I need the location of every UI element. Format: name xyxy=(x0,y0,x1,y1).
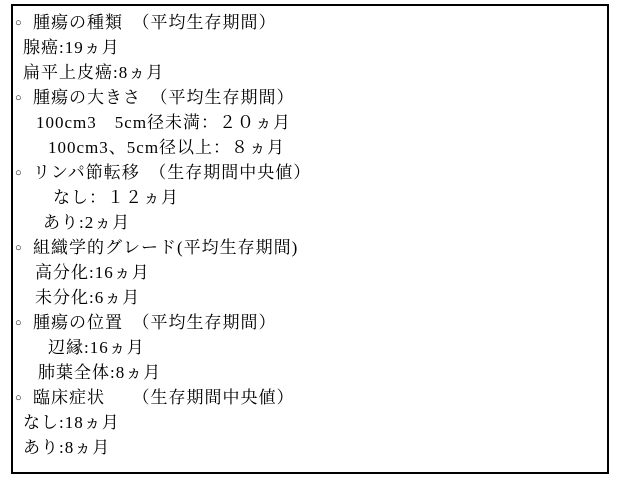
data-item-line: 扁平上皮癌:8ヵ月 xyxy=(13,60,607,85)
data-item-line: なし：１２ヵ月 xyxy=(13,185,607,210)
data-item-line: あり:8ヵ月 xyxy=(13,435,607,460)
section-title: 腫瘍の大きさ （平均生存期間） xyxy=(33,88,295,107)
item-text: 100cm3 5cm径未満：２０ヵ月 xyxy=(36,113,291,132)
data-item-line: 腺癌:19ヵ月 xyxy=(13,35,607,60)
data-item-line: 高分化:16ヵ月 xyxy=(13,260,607,285)
section-header-line: ○腫瘍の大きさ （平均生存期間） xyxy=(13,85,607,110)
item-text: 辺縁:16ヵ月 xyxy=(48,338,145,357)
data-item-line: 未分化:6ヵ月 xyxy=(13,285,607,310)
data-item-line: 100cm3、5cm径以上：８ヵ月 xyxy=(13,135,607,160)
item-text: 未分化:6ヵ月 xyxy=(35,288,140,307)
section-title: 腫瘍の位置 （平均生存期間） xyxy=(33,313,277,332)
item-text: 肺葉全体:8ヵ月 xyxy=(38,363,161,382)
data-item-line: あり:2ヵ月 xyxy=(13,210,607,235)
section-title: 組織学的グレード(平均生存期間) xyxy=(33,238,298,257)
section-header-line: ○リンパ節転移 （生存期間中央値） xyxy=(13,160,607,185)
item-text: あり:8ヵ月 xyxy=(23,438,110,457)
item-text: 扁平上皮癌:8ヵ月 xyxy=(23,63,164,82)
section-header-line: ○腫瘍の種類 （平均生存期間） xyxy=(13,10,607,35)
item-text: 高分化:16ヵ月 xyxy=(35,263,150,282)
item-text: 腺癌:19ヵ月 xyxy=(23,38,120,57)
section-title: リンパ節転移 （生存期間中央値） xyxy=(33,163,311,182)
circle-bullet-icon: ○ xyxy=(15,161,22,186)
survival-data-list: ○腫瘍の種類 （平均生存期間）腺癌:19ヵ月扁平上皮癌:8ヵ月○腫瘍の大きさ （… xyxy=(13,10,607,460)
section-title: 臨床症状 （生存期間中央値） xyxy=(33,388,295,407)
data-item-line: なし:18ヵ月 xyxy=(13,410,607,435)
item-text: なし：１２ヵ月 xyxy=(53,188,179,207)
data-item-line: 肺葉全体:8ヵ月 xyxy=(13,360,607,385)
item-text: なし:18ヵ月 xyxy=(23,413,120,432)
section-header-line: ○組織学的グレード(平均生存期間) xyxy=(13,235,607,260)
data-item-line: 100cm3 5cm径未満：２０ヵ月 xyxy=(13,110,607,135)
circle-bullet-icon: ○ xyxy=(15,236,22,261)
section-title: 腫瘍の種類 （平均生存期間） xyxy=(33,13,277,32)
data-item-line: 辺縁:16ヵ月 xyxy=(13,335,607,360)
page: { "page": { "background_color": "#ffffff… xyxy=(0,0,640,480)
section-header-line: ○臨床症状 （生存期間中央値） xyxy=(13,385,607,410)
item-text: 100cm3、5cm径以上：８ヵ月 xyxy=(48,138,285,157)
content-frame: ○腫瘍の種類 （平均生存期間）腺癌:19ヵ月扁平上皮癌:8ヵ月○腫瘍の大きさ （… xyxy=(11,4,609,474)
item-text: あり:2ヵ月 xyxy=(43,213,130,232)
circle-bullet-icon: ○ xyxy=(15,86,22,111)
circle-bullet-icon: ○ xyxy=(15,311,22,336)
section-header-line: ○腫瘍の位置 （平均生存期間） xyxy=(13,310,607,335)
circle-bullet-icon: ○ xyxy=(15,11,22,36)
circle-bullet-icon: ○ xyxy=(15,386,22,411)
